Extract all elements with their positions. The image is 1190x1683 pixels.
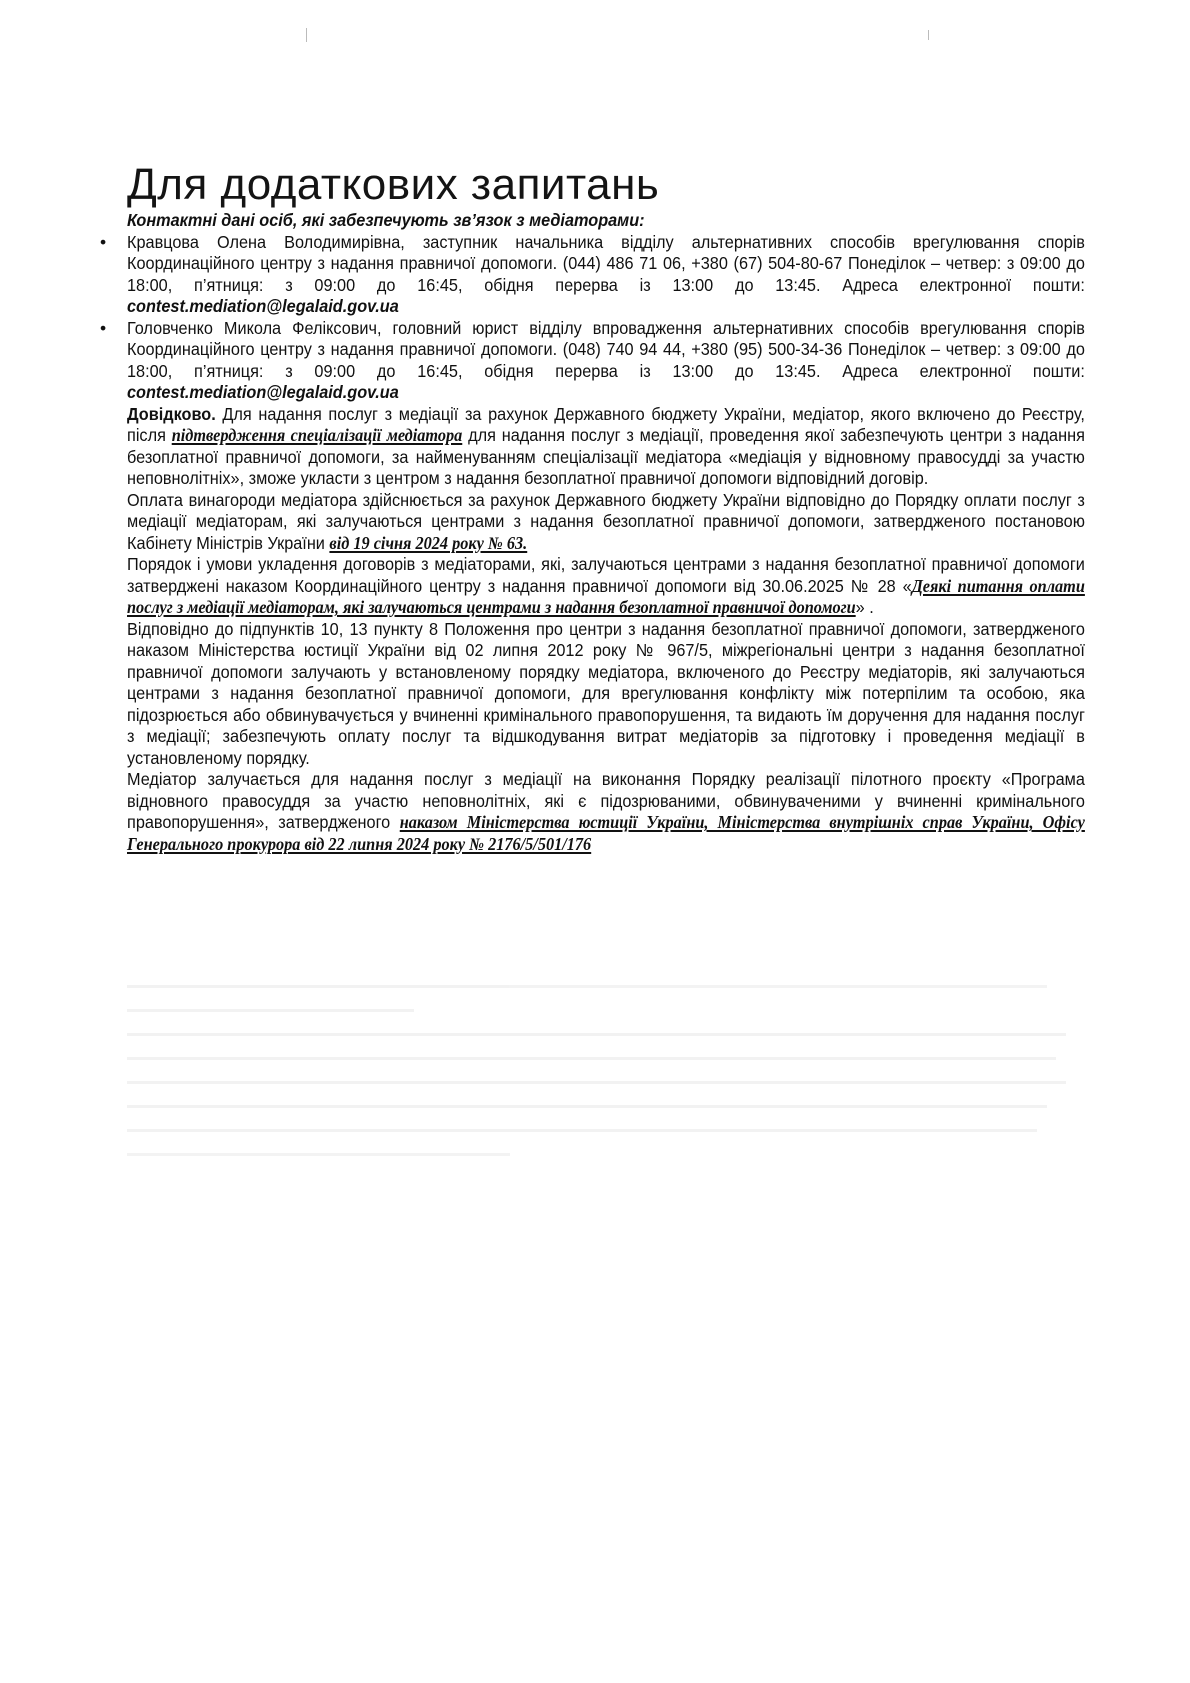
contact-details: Головченко Микола Феліксович, головний ю…	[127, 318, 1085, 404]
contact-text: Кравцова Олена Володимирівна, заступник …	[127, 232, 1085, 295]
specialization-link[interactable]: підтвердження спеціалізації медіатора	[172, 425, 463, 445]
email-address[interactable]: contest.mediation@legalaid.gov.ua	[127, 296, 399, 316]
contracts-paragraph: Порядок і умови укладення договорів з ме…	[127, 554, 1085, 619]
scan-artifact	[928, 30, 929, 40]
reverse-side-bleed-through	[127, 985, 1085, 1205]
email-address[interactable]: contest.mediation@legalaid.gov.ua	[127, 382, 399, 402]
bullet-icon: •	[100, 232, 106, 254]
document-body: Для додаткових запитань Контактні дані о…	[127, 160, 1085, 855]
contact-text: Головченко Микола Феліксович, головний ю…	[127, 318, 1085, 381]
resolution-link[interactable]: від 19 січня 2024 року № 63.	[329, 533, 527, 553]
contact-item: • Кравцова Олена Володимирівна, заступни…	[127, 232, 1085, 318]
page-title: Для додаткових запитань	[127, 160, 1085, 210]
contracts-text: » .	[856, 597, 874, 617]
contact-item: • Головченко Микола Феліксович, головний…	[127, 318, 1085, 404]
bullet-icon: •	[100, 318, 106, 340]
payment-paragraph: Оплата винагороди медіатора здійснюється…	[127, 490, 1085, 555]
reference-label: Довідково.	[127, 404, 216, 424]
scan-artifact	[306, 28, 307, 42]
contacts-subtitle: Контактні дані осіб, які забезпечують зв…	[127, 210, 1085, 232]
contact-details: Кравцова Олена Володимирівна, заступник …	[127, 232, 1085, 318]
payment-text: Оплата винагороди медіатора здійснюється…	[127, 490, 1085, 553]
pilot-paragraph: Медіатор залучається для надання послуг …	[127, 769, 1085, 855]
reference-paragraph: Довідково. Для надання послуг з медіації…	[127, 404, 1085, 490]
regulation-paragraph: Відповідно до підпунктів 10, 13 пункту 8…	[127, 619, 1085, 770]
contact-list: • Кравцова Олена Володимирівна, заступни…	[127, 232, 1085, 404]
scanned-document-page: Для додаткових запитань Контактні дані о…	[0, 0, 1190, 1683]
